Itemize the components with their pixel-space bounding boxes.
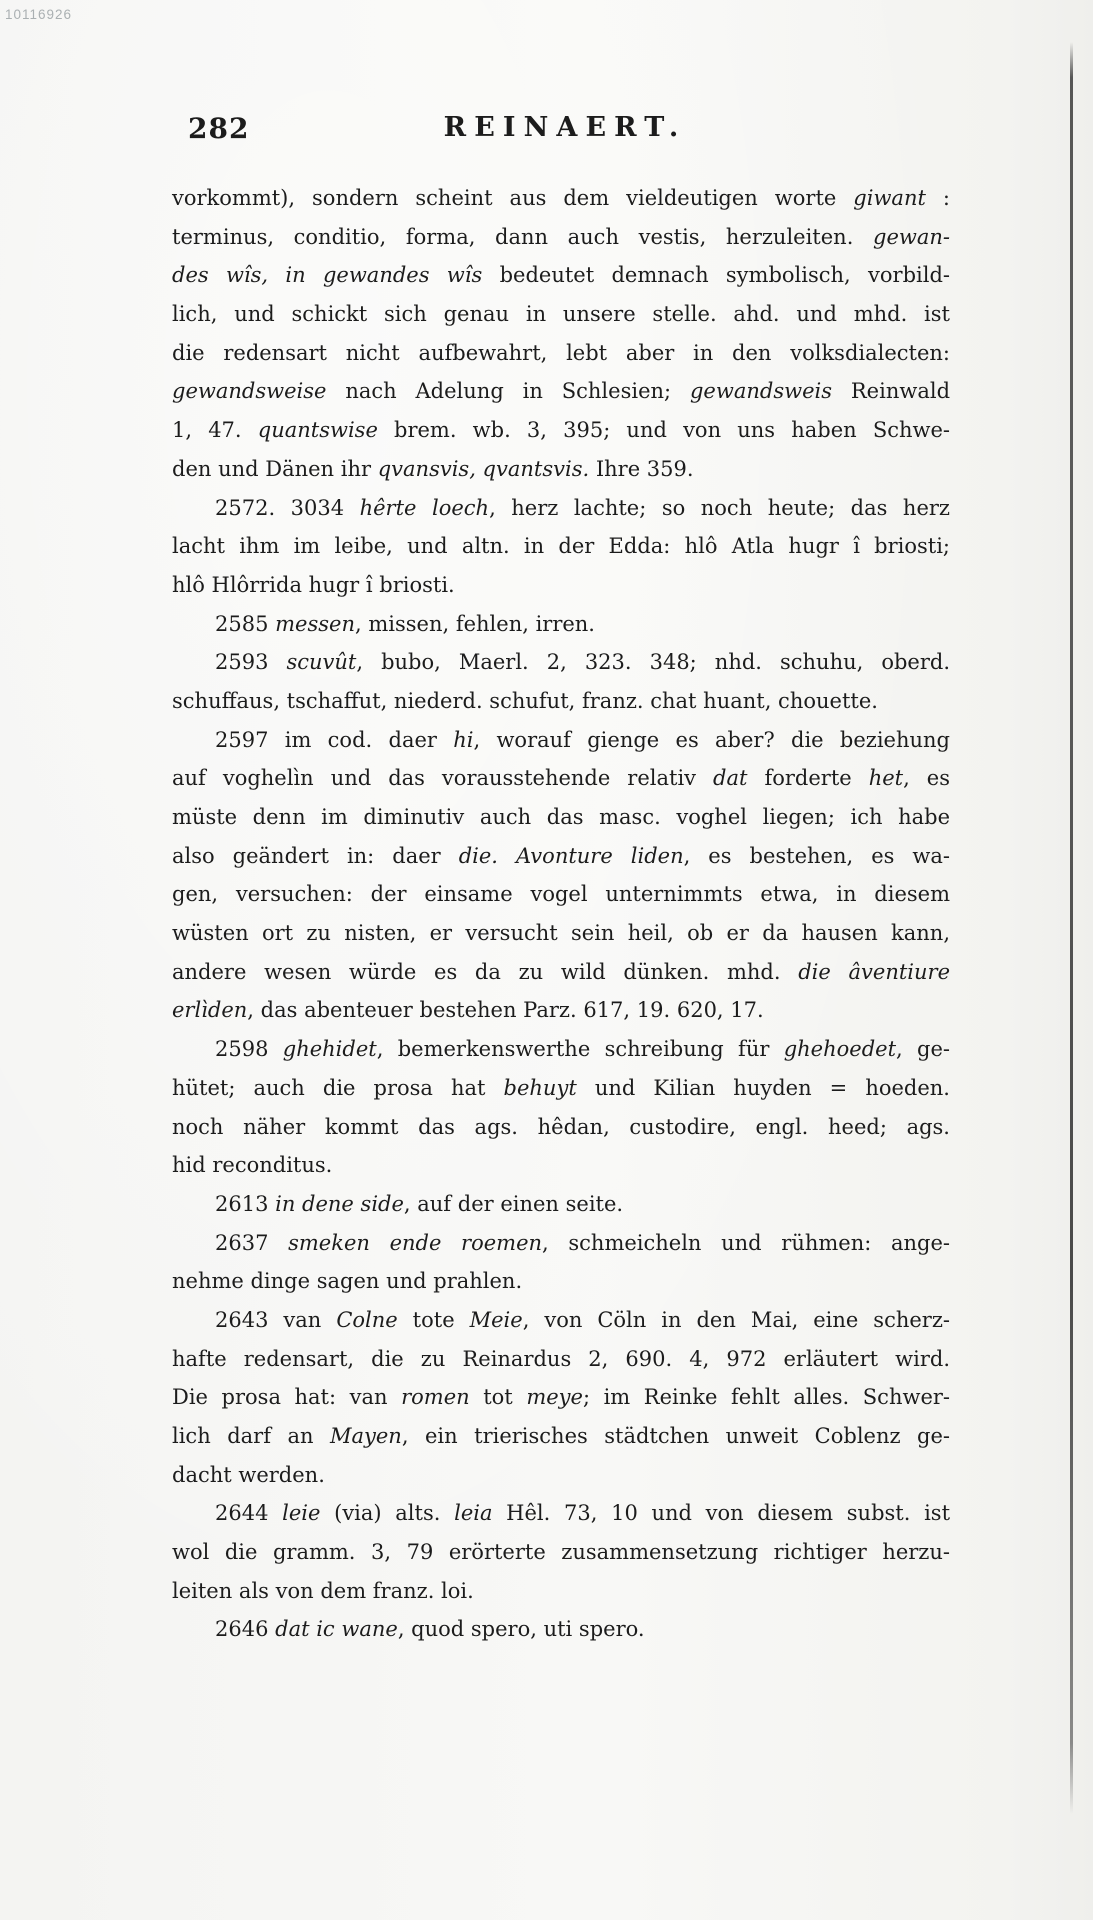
text-line: terminus, conditio, forma, dann auch ves… xyxy=(172,218,950,257)
paragraph: 2585 messen, missen, fehlen, irren. xyxy=(172,605,950,644)
text-line: 2585 messen, missen, fehlen, irren. xyxy=(172,605,950,644)
text-line: 2646 dat ic wane, quod spero, uti spero. xyxy=(172,1610,950,1649)
text-line: des wîs, in gewandes wîs bedeutet demnac… xyxy=(172,256,950,295)
paragraph: 2593 scuvût, bubo, Maerl. 2, 323. 348; n… xyxy=(172,643,950,720)
text-line: müste denn im diminutiv auch das masc. v… xyxy=(172,798,950,837)
text-line: noch näher kommt das ags. hêdan, custodi… xyxy=(172,1108,950,1147)
page-header: 282 REINAERT. xyxy=(172,112,950,154)
paragraph: 2637 smeken ende roemen, schmeicheln und… xyxy=(172,1224,950,1301)
text-line: also geändert in: daer die. Avonture lid… xyxy=(172,837,950,876)
page-edge-line xyxy=(1070,42,1073,1814)
text-line: hütet; auch die prosa hat behuyt und Kil… xyxy=(172,1069,950,1108)
text-line: hafte redensart, die zu Reinardus 2, 690… xyxy=(172,1340,950,1379)
text-line: 2597 im cod. daer hi, worauf gienge es a… xyxy=(172,721,950,760)
text-block: vorkommt), sondern scheint aus dem vield… xyxy=(172,179,950,1649)
text-line: auf voghelìn und das vorausstehende rela… xyxy=(172,759,950,798)
paragraph: 2643 van Colne tote Meie, von Cöln in de… xyxy=(172,1301,950,1494)
text-line: 2613 in dene side, auf der einen seite. xyxy=(172,1185,950,1224)
text-line: 2644 leie (via) alts. leia Hêl. 73, 10 u… xyxy=(172,1494,950,1533)
paragraph: 2644 leie (via) alts. leia Hêl. 73, 10 u… xyxy=(172,1494,950,1610)
text-line: hid reconditus. xyxy=(172,1146,950,1185)
text-line: die redensart nicht aufbewahrt, lebt abe… xyxy=(172,334,950,373)
text-line: 2637 smeken ende roemen, schmeicheln und… xyxy=(172,1224,950,1263)
running-title: REINAERT. xyxy=(172,112,950,143)
text-line: gewandsweise nach Adelung in Schlesien; … xyxy=(172,372,950,411)
text-line: 2598 ghehidet, bemerkenswerthe schreibun… xyxy=(172,1030,950,1069)
text-line: erlìden, das abenteuer bestehen Parz. 61… xyxy=(172,991,950,1030)
text-line: gen, versuchen: der einsame vogel untern… xyxy=(172,875,950,914)
text-line: wüsten ort zu nisten, er versucht sein h… xyxy=(172,914,950,953)
book-page-scan: 10116926 282 REINAERT. vorkommt), sonder… xyxy=(0,0,1093,1920)
text-line: nehme dinge sagen und prahlen. xyxy=(172,1262,950,1301)
text-line: 1, 47. quantswise brem. wb. 3, 395; und … xyxy=(172,411,950,450)
text-line: den und Dänen ihr qvansvis, qvantsvis. I… xyxy=(172,450,950,489)
text-line: vorkommt), sondern scheint aus dem vield… xyxy=(172,179,950,218)
text-line: 2643 van Colne tote Meie, von Cöln in de… xyxy=(172,1301,950,1340)
text-line: lich, und schickt sich genau in unsere s… xyxy=(172,295,950,334)
scan-id-number: 10116926 xyxy=(5,7,72,22)
text-line: lacht ihm im leibe, und altn. in der Edd… xyxy=(172,527,950,566)
paragraph: 2597 im cod. daer hi, worauf gienge es a… xyxy=(172,721,950,1031)
paragraph: 2646 dat ic wane, quod spero, uti spero. xyxy=(172,1610,950,1649)
text-line: wol die gramm. 3, 79 erörterte zusammens… xyxy=(172,1533,950,1572)
text-line: schuffaus, tschaffut, niederd. schufut, … xyxy=(172,682,950,721)
text-line: dacht werden. xyxy=(172,1456,950,1495)
text-line: andere wesen würde es da zu wild dünken.… xyxy=(172,953,950,992)
text-line: 2593 scuvût, bubo, Maerl. 2, 323. 348; n… xyxy=(172,643,950,682)
paragraph: 2613 in dene side, auf der einen seite. xyxy=(172,1185,950,1224)
paragraph: vorkommt), sondern scheint aus dem vield… xyxy=(172,179,950,489)
paragraph: 2572. 3034 hêrte loech, herz lachte; so … xyxy=(172,489,950,605)
text-line: Die prosa hat: van romen tot meye; im Re… xyxy=(172,1378,950,1417)
paragraph: 2598 ghehidet, bemerkenswerthe schreibun… xyxy=(172,1030,950,1185)
text-line: hlô Hlôrrida hugr î briosti. xyxy=(172,566,950,605)
text-line: lich darf an Mayen, ein trierisches städ… xyxy=(172,1417,950,1456)
text-line: leiten als von dem franz. loi. xyxy=(172,1572,950,1611)
text-line: 2572. 3034 hêrte loech, herz lachte; so … xyxy=(172,489,950,528)
